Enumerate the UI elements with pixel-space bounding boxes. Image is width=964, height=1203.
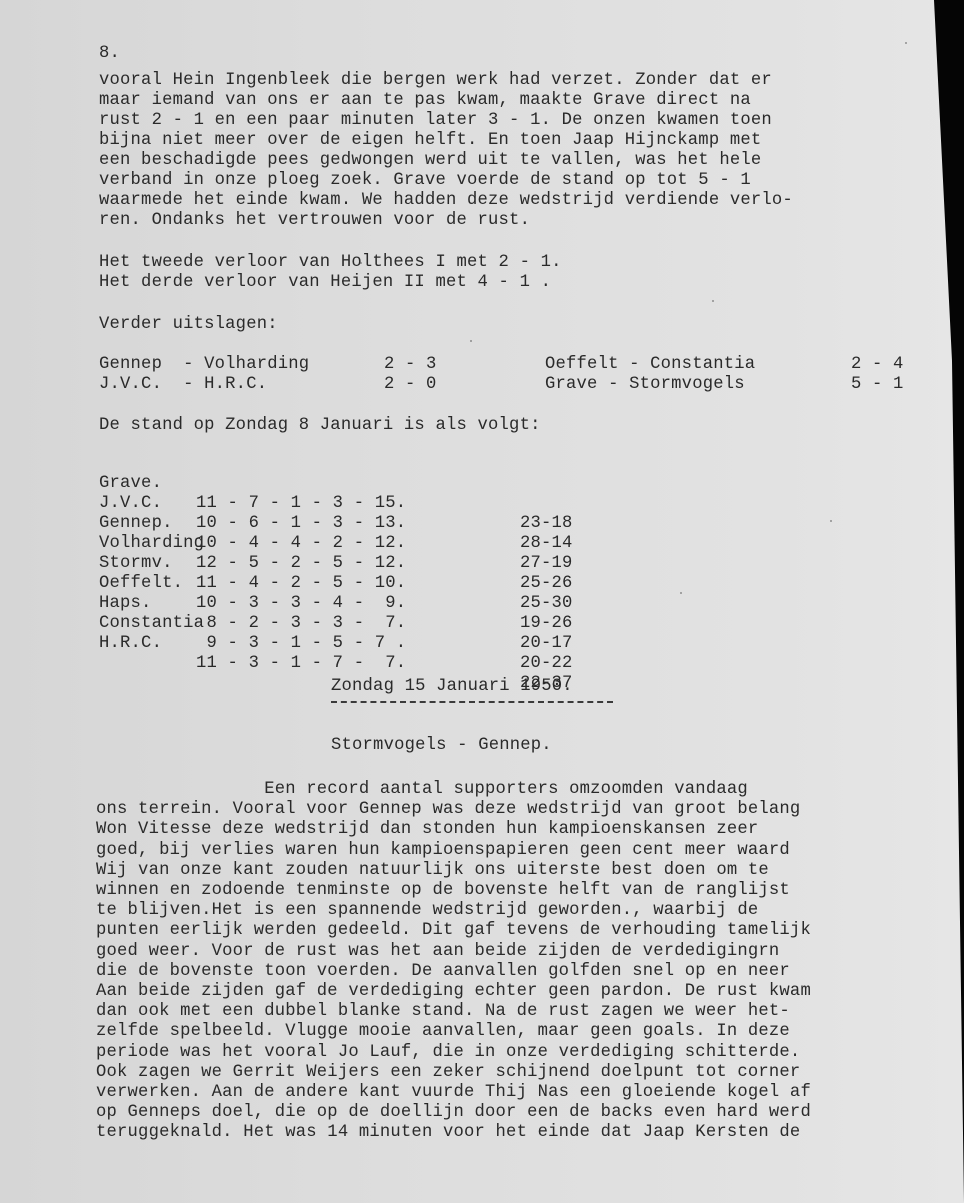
result-match: Grave - Stormvogels (545, 375, 745, 395)
team-goals: 20-22 (520, 654, 573, 674)
team-goals: 25-30 (520, 594, 573, 614)
team-stats: 11 - 3 - 1 - 7 - 7. (196, 654, 406, 674)
text-line: ren. Ondanks het vertrouwen voor de rust… (99, 211, 530, 231)
text-line: verwerken. Aan de andere kant vuurde Thi… (96, 1083, 811, 1103)
text-line: goed, bij verlies waren hun kampioenspap… (96, 841, 790, 861)
text-line: Ook zagen we Gerrit Weijers een zeker sc… (96, 1063, 800, 1083)
text-line: bijna niet meer over de eigen helft. En … (99, 131, 761, 151)
text-line: ons terrein. Vooral voor Gennep was deze… (96, 800, 800, 820)
text-line: Wij van onze kant zouden natuurlijk ons … (96, 861, 769, 881)
text-line: Het tweede verloor van Holthees I met 2 … (99, 253, 562, 273)
result-match: J.V.C. - H.R.C. (99, 375, 267, 395)
results-heading: Verder uitslagen: (99, 315, 278, 335)
text-line: vooral Hein Ingenbleek die bergen werk h… (99, 71, 772, 91)
paper-speck (360, 262, 362, 264)
team-goals: 27-19 (520, 554, 573, 574)
text-line: waarmede het einde kwam. We hadden deze … (99, 191, 793, 211)
result-score: 2 - 0 (384, 375, 437, 395)
text-line: periode was het vooral Jo Lauf, die in o… (96, 1043, 800, 1063)
team-stats: 10 - 4 - 4 - 2 - 12. (196, 534, 406, 554)
text-line: Een record aantal supporters omzoomden v… (96, 780, 748, 800)
text-line: dan ook met een dubbel blanke stand. Na … (96, 1002, 790, 1022)
team-name: H.R.C. (99, 634, 162, 654)
paper-speck (830, 520, 832, 522)
text-line: maar iemand van ons er aan te pas kwam, … (99, 91, 751, 111)
result-match: Gennep - Volharding (99, 355, 309, 375)
result-match: Oeffelt - Constantia (545, 355, 755, 375)
text-line: Het derde verloor van Heijen II met 4 - … (99, 273, 551, 293)
team-goals: 23-18 (520, 514, 573, 534)
text-line: zelfde spelbeeld. Vlugge mooie aanvallen… (96, 1022, 790, 1042)
paper-speck (712, 300, 714, 302)
team-stats: 12 - 5 - 2 - 5 - 12. (196, 554, 406, 574)
page-number: 8. (99, 44, 120, 64)
text-line: een beschadigde pees gedwongen werd uit … (99, 151, 761, 171)
team-stats: 10 - 3 - 3 - 4 - 9. (196, 594, 406, 614)
text-line: rust 2 - 1 en een paar minuten later 3 -… (99, 111, 772, 131)
text-line: punten eerlijk werden gedeeld. Dit gaf t… (96, 921, 811, 941)
team-goals: 25-26 (520, 574, 573, 594)
result-score: 5 - 1 (851, 375, 904, 395)
dashed-underline (331, 701, 613, 703)
paper-speck (680, 592, 682, 594)
team-stats: 10 - 6 - 1 - 3 - 13. (196, 514, 406, 534)
match-title: Stormvogels - Gennep. (331, 736, 552, 755)
text-line: winnen en zodoende tenminste op de boven… (96, 881, 790, 901)
team-goals: 28-14 (520, 534, 573, 554)
scan-border (934, 0, 964, 1203)
text-line: Won Vitesse deze wedstrijd dan stonden h… (96, 820, 758, 840)
team-stats: 11 - 7 - 1 - 3 - 15. (196, 494, 406, 514)
text-line: die de bovenste toon voerden. De aanvall… (96, 962, 790, 982)
paper-speck (470, 340, 472, 342)
section-date-heading: Zondag 15 Januari 1950. (331, 677, 573, 696)
team-goals: 19-26 (520, 614, 573, 634)
text-line: Aan beide zijden gaf de verdediging echt… (96, 982, 811, 1002)
standings-row: H.R.C. 11 - 3 - 1 - 7 - 7. 22-37 (99, 614, 183, 714)
text-line: teruggeknald. Het was 14 minuten voor he… (96, 1123, 800, 1143)
standings-heading: De stand op Zondag 8 Januari is als volg… (99, 416, 541, 436)
team-stats: 11 - 4 - 2 - 5 - 10. (196, 574, 406, 594)
result-score: 2 - 4 (851, 355, 904, 375)
text-line: te blijven.Het is een spannende wedstrij… (96, 901, 758, 921)
text-line: op Genneps doel, die op de doellijn door… (96, 1103, 811, 1123)
team-stats: 9 - 3 - 1 - 5 - 7 . (196, 634, 406, 654)
paper-speck (905, 42, 907, 44)
team-stats: 8 - 2 - 3 - 3 - 7. (196, 614, 406, 634)
text-line: goed weer. Voor de rust was het aan beid… (96, 942, 779, 962)
scanned-page: 8. vooral Hein Ingenbleek die bergen wer… (0, 0, 964, 1203)
text-line: verband in onze ploeg zoek. Grave voerde… (99, 171, 751, 191)
team-goals: 20-17 (520, 634, 573, 654)
result-score: 2 - 3 (384, 355, 437, 375)
